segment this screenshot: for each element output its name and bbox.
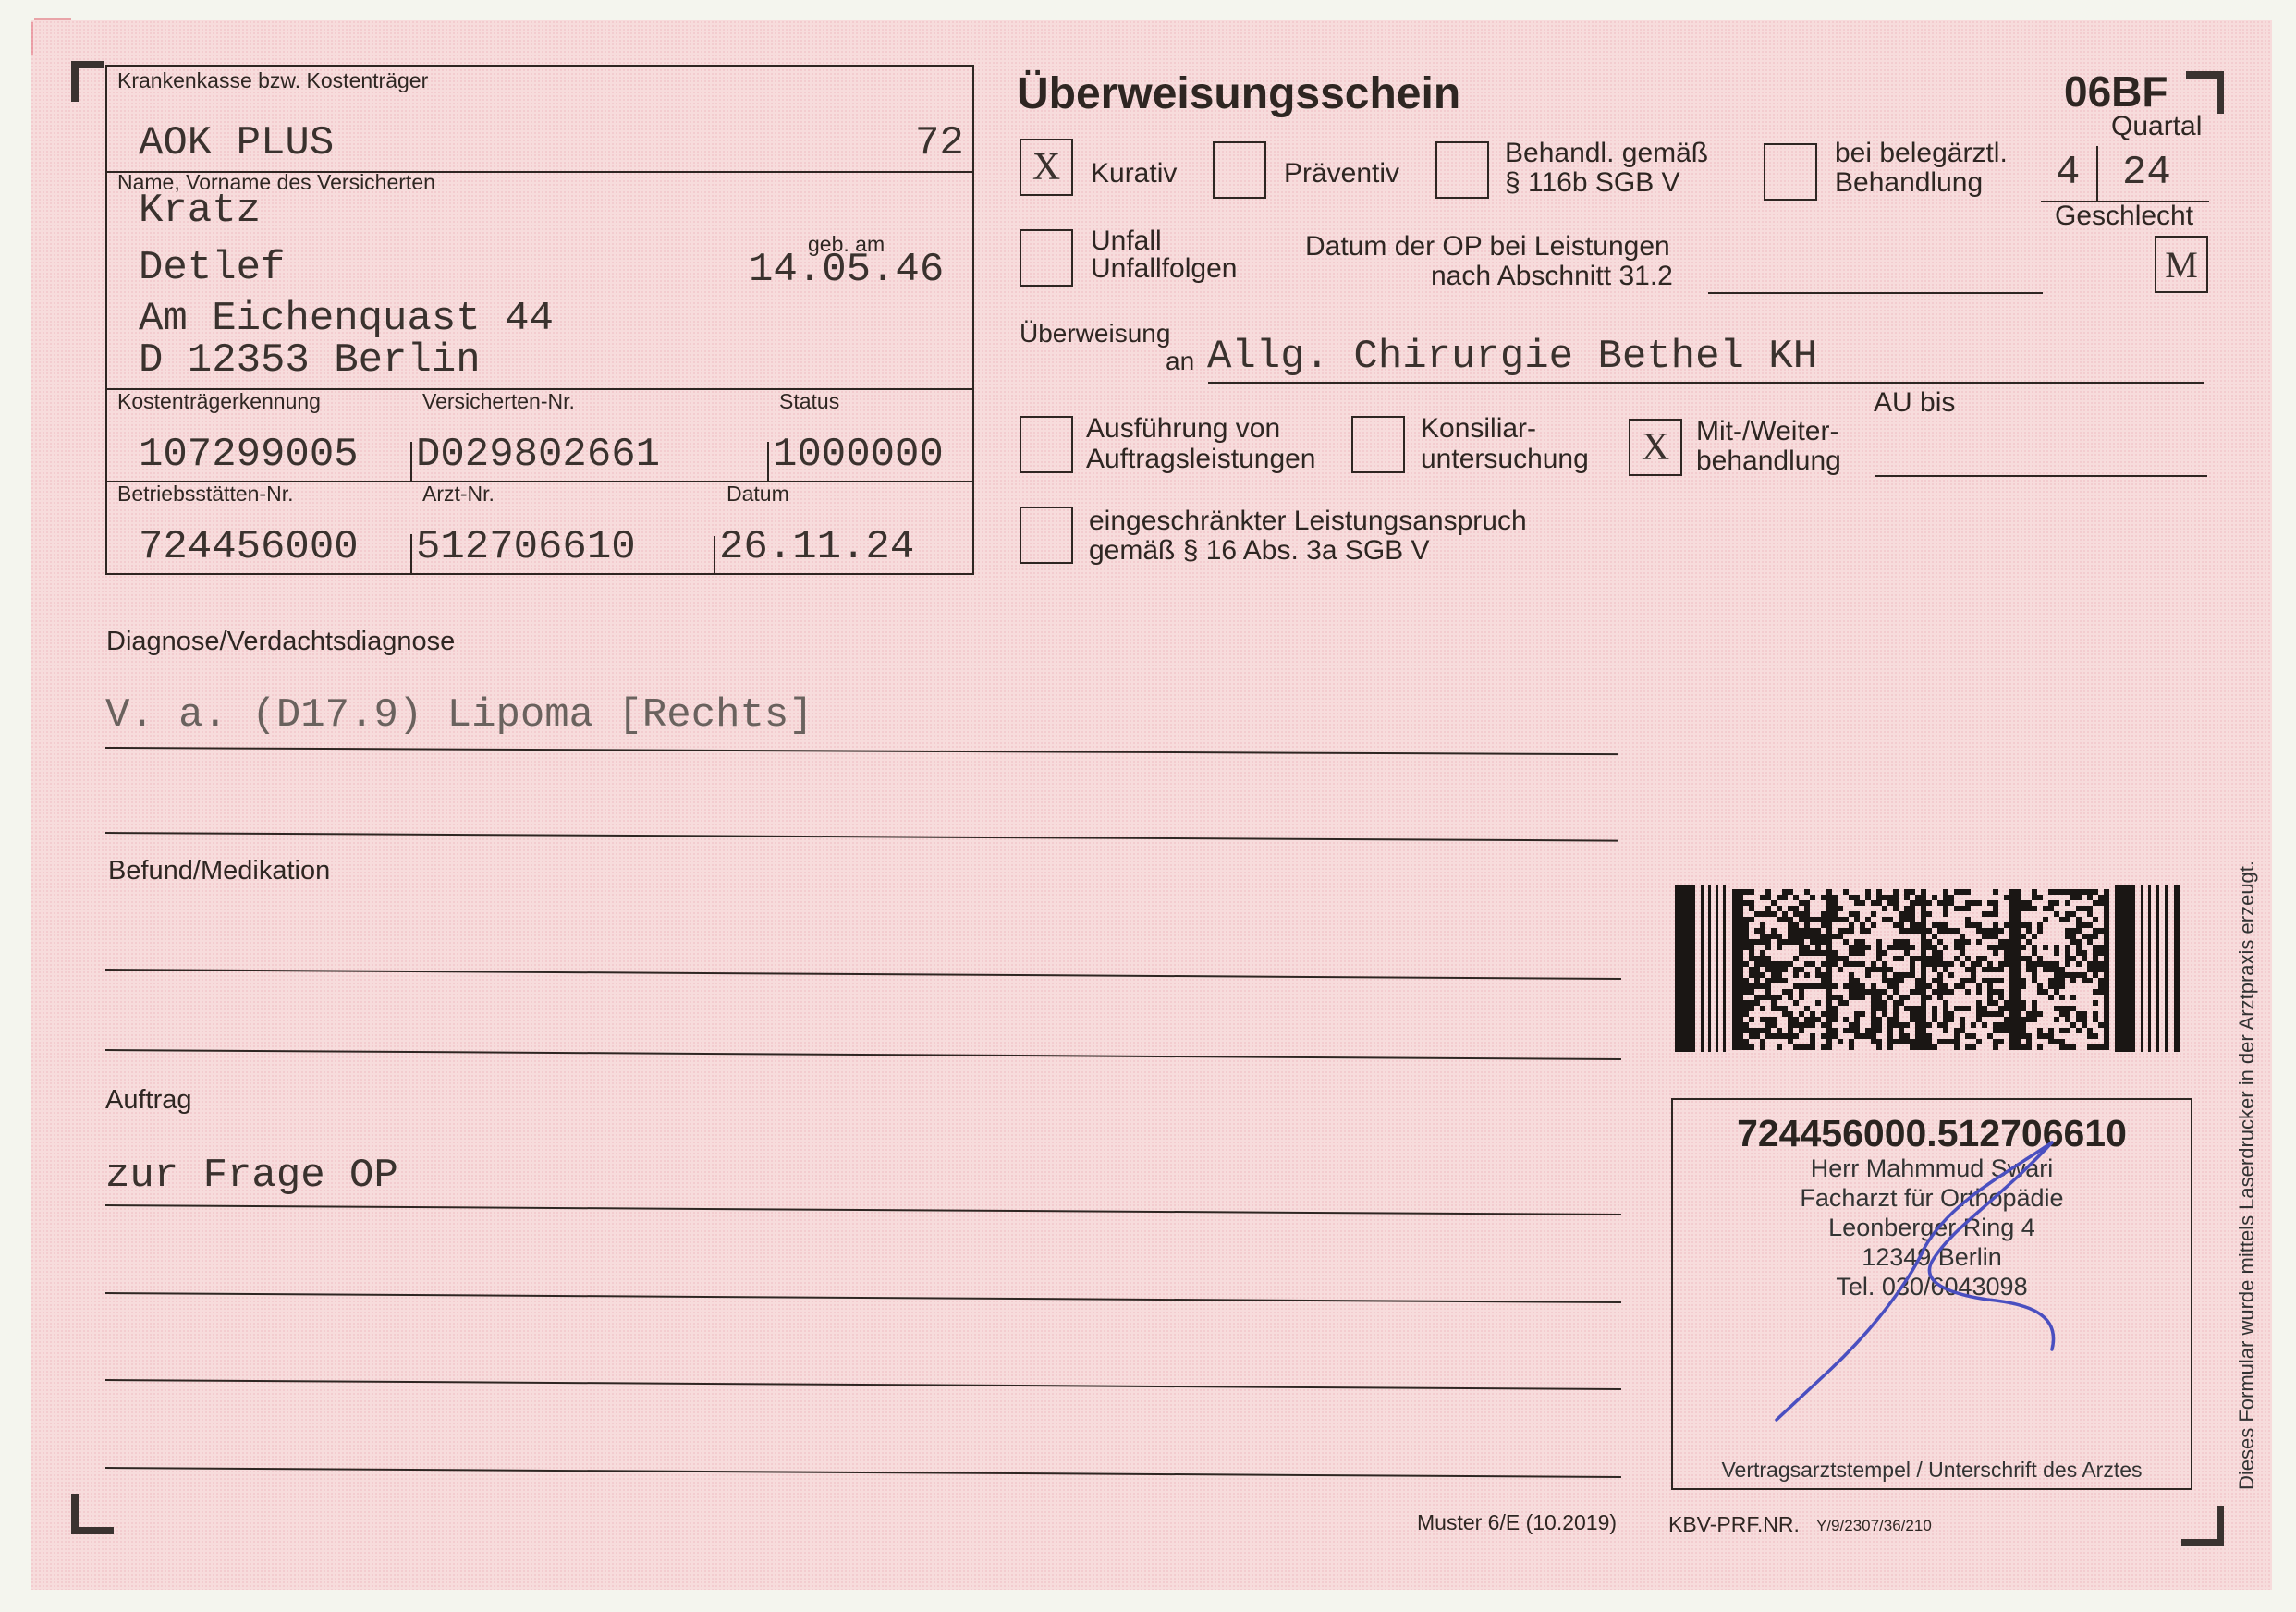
belegarzt-label-line2: Behandlung xyxy=(1835,168,1983,198)
au-bis-input-line[interactable] xyxy=(1875,475,2207,477)
form-code: 06BF xyxy=(2064,70,2168,113)
signature xyxy=(1673,1100,2191,1488)
site-no[interactable]: 724456000 xyxy=(139,527,359,568)
praeventiv-checkbox[interactable] xyxy=(1213,141,1266,199)
eingeschraenkt-label-line1: eingeschränkter Leistungsanspruch xyxy=(1089,507,1527,536)
patient-last-name[interactable]: Kratz xyxy=(139,190,261,231)
field-separator xyxy=(767,442,769,481)
field-separator xyxy=(410,534,412,575)
referral-label-line1: Überweisung xyxy=(1020,319,1170,348)
weiterbehandlung-checkbox[interactable]: X xyxy=(1629,419,1682,476)
patient-city[interactable]: D 12353 Berlin xyxy=(139,340,481,381)
side-note: Dieses Formular wurde mittels Laserdruck… xyxy=(2235,861,2259,1490)
unfall-checkbox[interactable] xyxy=(1020,229,1073,287)
insurer-name[interactable]: AOK PLUS xyxy=(139,123,334,164)
quarter-label: Quartal xyxy=(2111,113,2202,140)
unfall-label-line1: Unfall xyxy=(1091,226,1162,256)
corner-mark-bottom-right xyxy=(2181,1539,2224,1546)
doctor-no-label: Arzt-Nr. xyxy=(422,483,495,505)
pdf417-barcode xyxy=(1675,885,2180,1052)
weiterbehandlung-label-line2: behandlung xyxy=(1696,446,1841,476)
auftragsleistung-label-line1: Ausführung von xyxy=(1086,414,1280,444)
payer-id-label: Kostenträgerkennung xyxy=(117,391,321,412)
weiterbehandlung-label-line1: Mit-/Weiter- xyxy=(1696,417,1838,446)
corner-mark-top-right xyxy=(2186,71,2224,79)
kbv-prefix: KBV-PRF.NR. xyxy=(1668,1514,1800,1535)
auftragsleistung-label-line2: Auftragsleistungen xyxy=(1086,445,1316,474)
gender-label: Geschlecht xyxy=(2055,202,2193,230)
payer-id[interactable]: 107299005 xyxy=(139,434,359,475)
patient-dob[interactable]: 14.05.46 xyxy=(749,250,944,290)
au-bis-label: AU bis xyxy=(1874,388,1955,418)
kbv-number: Y/9/2307/36/210 xyxy=(1816,1518,1932,1533)
field-separator xyxy=(714,536,715,575)
order-text[interactable]: zur Frage OP xyxy=(105,1155,398,1196)
gender-field[interactable]: M xyxy=(2155,236,2208,293)
kurativ-checkbox[interactable]: X xyxy=(1020,139,1073,196)
date-label: Datum xyxy=(727,483,789,505)
belegarzt-label-line1: bei belegärztl. xyxy=(1835,139,2008,168)
op-date-label-line1: Datum der OP bei Leistungen xyxy=(1305,232,1670,262)
referral-label-line2: an xyxy=(1166,347,1194,376)
116b-label-line2: § 116b SGB V xyxy=(1505,168,1680,198)
microprint xyxy=(34,18,71,20)
findings-label: Befund/Medikation xyxy=(108,858,330,885)
diagnosis-text[interactable]: V. a. (D17.9) Lipoma [Rechts] xyxy=(105,695,813,736)
form-version: Muster 6/E (10.2019) xyxy=(1417,1512,1617,1533)
auftragsleistung-checkbox[interactable] xyxy=(1020,416,1073,473)
quarter-year[interactable]: 24 xyxy=(2122,153,2171,193)
form-title: Überweisungsschein xyxy=(1017,72,1460,116)
doctor-no[interactable]: 512706610 xyxy=(416,527,636,568)
unfall-label-line2: Unfallfolgen xyxy=(1091,254,1237,284)
konsiliar-label-line1: Konsiliar- xyxy=(1421,414,1536,444)
eingeschraenkt-checkbox[interactable] xyxy=(1020,507,1073,564)
insurer-label: Krankenkasse bzw. Kostenträger xyxy=(117,70,428,92)
konsiliar-label-line2: untersuchung xyxy=(1421,445,1589,474)
praeventiv-label: Präventiv xyxy=(1284,159,1399,189)
patient-street[interactable]: Am Eichenquast 44 xyxy=(139,299,554,339)
order-label: Auftrag xyxy=(105,1087,192,1114)
doctor-stamp-box: 724456000.512706610 Herr Mahmmud Swari F… xyxy=(1671,1098,2192,1490)
116b-label-line1: Behandl. gemäß xyxy=(1505,139,1708,168)
op-date-label-line2: nach Abschnitt 31.2 xyxy=(1431,262,1673,291)
corner-mark-top-left xyxy=(71,61,104,68)
insured-no-label: Versicherten-Nr. xyxy=(422,391,575,412)
microprint xyxy=(31,22,33,55)
corner-mark-bottom-left xyxy=(71,1527,114,1534)
status-label: Status xyxy=(779,391,839,412)
belegarzt-checkbox[interactable] xyxy=(1764,143,1817,201)
issue-date[interactable]: 26.11.24 xyxy=(719,527,914,568)
kurativ-label: Kurativ xyxy=(1091,159,1177,189)
konsiliar-checkbox[interactable] xyxy=(1351,416,1405,473)
diagnosis-label: Diagnose/Verdachtsdiagnose xyxy=(106,629,455,655)
insurer-code[interactable]: 72 xyxy=(915,123,964,164)
quarter-value[interactable]: 4 xyxy=(2056,153,2080,193)
referral-line xyxy=(1208,382,2204,384)
insured-status[interactable]: 1000000 xyxy=(773,434,944,475)
116b-checkbox[interactable] xyxy=(1435,141,1489,199)
field-separator xyxy=(410,442,412,481)
patient-first-name[interactable]: Detlef xyxy=(139,248,285,288)
site-no-label: Betriebsstätten-Nr. xyxy=(117,483,293,505)
referral-recipient[interactable]: Allg. Chirurgie Bethel KH xyxy=(1207,336,1817,377)
quarter-separator xyxy=(2096,146,2098,201)
insured-no[interactable]: D029802661 xyxy=(416,434,660,475)
eingeschraenkt-label-line2: gemäß § 16 Abs. 3a SGB V xyxy=(1089,536,1430,566)
op-date-input-line[interactable] xyxy=(1708,292,2043,294)
